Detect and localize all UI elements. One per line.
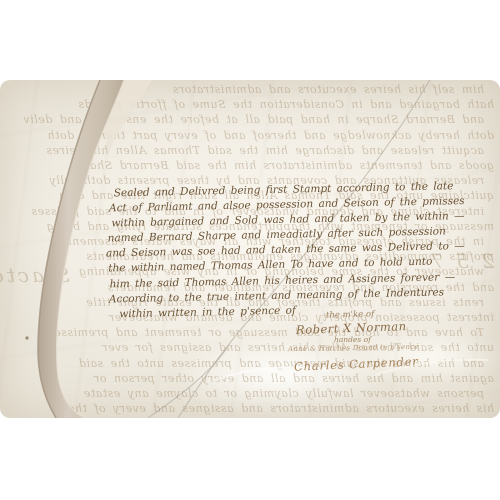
bleedthrough-flourish: S acto (0, 268, 70, 283)
handes-of-line: handes of (334, 335, 371, 344)
bleedthrough-line: his heires executors administrators and … (0, 401, 500, 416)
bleedthrough-line: acquitt release and discharge him the sa… (0, 143, 500, 158)
marke-of-line: the m'ke of (326, 309, 374, 320)
bleedthrough-line: doth hereby acknowledge and thereof and … (0, 128, 500, 143)
bleedthrough-line: and his heires the said messuage and pre… (0, 356, 500, 371)
bleedthrough-line: persons whatsoever lawfully clayming or … (0, 386, 500, 401)
bleedthrough-line: hath bargained and in Consideration the … (0, 97, 500, 112)
bleedthrough-line: unto the said Thomas Allen his heires an… (0, 340, 500, 355)
bleedthrough-line: To have and to hold the said messuage or… (0, 325, 500, 340)
bleedthrough-line: against him and his heires and all and e… (0, 371, 500, 386)
manuscript-text-block: Sealed and Delivred being first Stampt a… (107, 180, 440, 323)
bleedthrough-line: him self his heires executors and admini… (0, 82, 500, 97)
page-background: him self his heires executors and admini… (0, 0, 500, 500)
bleedthrough-line: and Bernard Sharpe in hand paid all at b… (0, 112, 500, 127)
document-photo: him self his heires executors and admini… (0, 80, 500, 418)
bleedthrough-line: goods and tenements administrators him t… (0, 158, 500, 173)
